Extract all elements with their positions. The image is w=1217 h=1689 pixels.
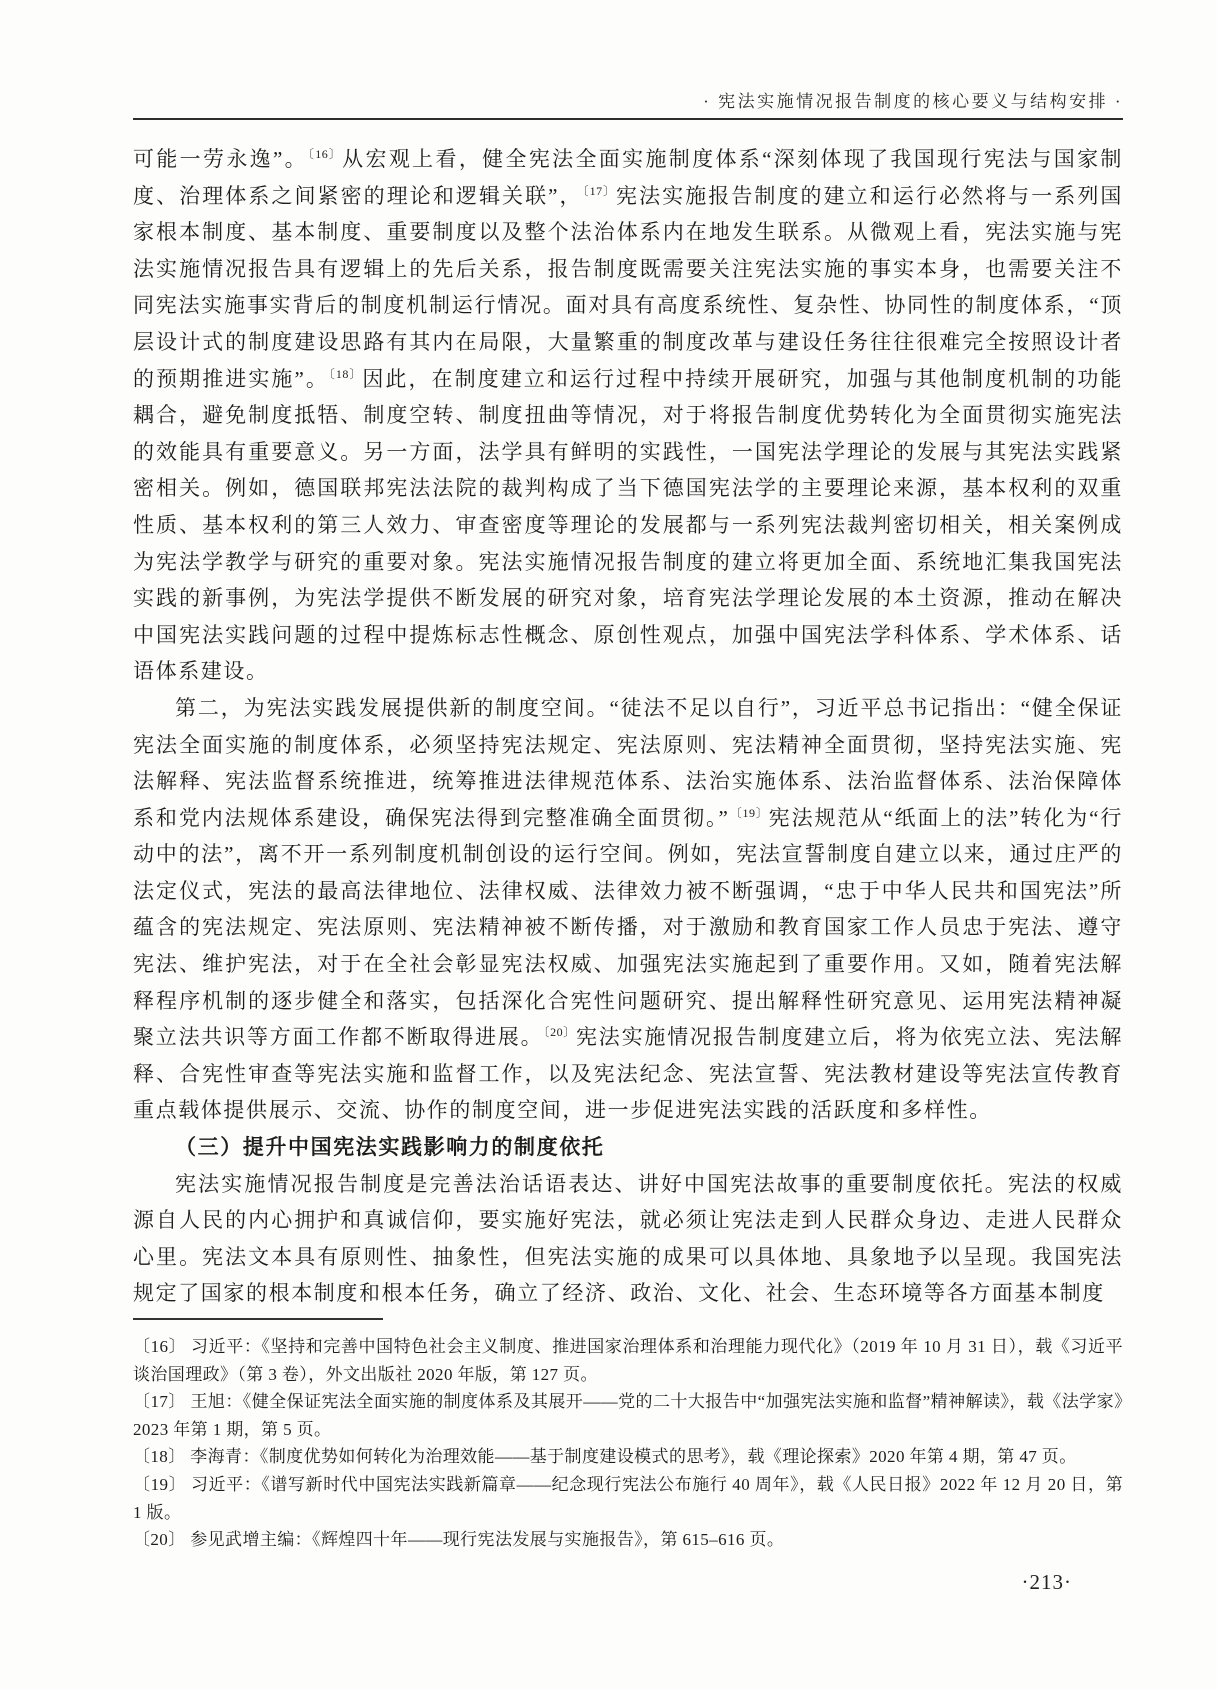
footnote-separator xyxy=(133,1318,383,1320)
journal-page: · 宪法实施情况报告制度的核心要义与结构安排 · 可能一劳永逸”。〔16〕从宏观… xyxy=(0,0,1217,1689)
paragraph: 第二，为宪法实践发展提供新的制度空间。“徒法不足以自行”，习近平总书记指出：“健… xyxy=(133,690,1123,1129)
footnote-item: 〔18〕 李海青：《制度优势如何转化为治理效能——基于制度建设模式的思考》，载《… xyxy=(133,1443,1123,1471)
footnote-item: 〔17〕 王旭：《健全保证宪法全面实施的制度体系及其展开——党的二十大报告中“加… xyxy=(133,1388,1123,1443)
footnote-text: 习近平：《坚持和完善中国特色社会主义制度、推进国家治理体系和治理能力现代化》（2… xyxy=(133,1337,1123,1384)
footnote-label: 〔17〕 xyxy=(133,1392,186,1411)
footnotes-block: 〔16〕 习近平：《坚持和完善中国特色社会主义制度、推进国家治理体系和治理能力现… xyxy=(133,1333,1123,1554)
header-rule xyxy=(133,118,1123,120)
footnote-text: 王旭：《健全保证宪法全面实施的制度体系及其展开——党的二十大报告中“加强宪法实施… xyxy=(133,1392,1123,1439)
footnote-item: 〔20〕 参见武增主编：《辉煌四十年——现行宪法发展与实施报告》，第 615–6… xyxy=(133,1526,1123,1554)
footnote-ref: 〔20〕 xyxy=(543,1025,576,1039)
section-heading: （三）提升中国宪法实践影响力的制度依托 xyxy=(133,1129,1123,1166)
article-body: 可能一劳永逸”。〔16〕从宏观上看，健全宪法全面实施制度体系“深刻体现了我国现行… xyxy=(133,141,1123,1312)
footnote-text: 参见武增主编：《辉煌四十年——现行宪法发展与实施报告》，第 615–616 页。 xyxy=(186,1530,785,1549)
paragraph: 可能一劳永逸”。〔16〕从宏观上看，健全宪法全面实施制度体系“深刻体现了我国现行… xyxy=(133,141,1123,690)
footnote-item: 〔19〕 习近平：《谱写新时代中国宪法实践新篇章——纪念现行宪法公布施行 40 … xyxy=(133,1471,1123,1526)
footnote-item: 〔16〕 习近平：《坚持和完善中国特色社会主义制度、推进国家治理体系和治理能力现… xyxy=(133,1333,1123,1388)
footnote-label: 〔19〕 xyxy=(133,1475,186,1494)
footnote-ref: 〔17〕 xyxy=(583,184,616,198)
footnote-ref: 〔16〕 xyxy=(308,147,342,161)
footnote-label: 〔20〕 xyxy=(133,1530,186,1549)
footnote-label: 〔18〕 xyxy=(133,1447,186,1466)
footnote-text: 李海青：《制度优势如何转化为治理效能——基于制度建设模式的思考》，载《理论探索》… xyxy=(186,1447,1077,1466)
footnote-ref: 〔18〕 xyxy=(329,367,362,381)
page-number: ·213· xyxy=(1022,1570,1073,1595)
running-head-title: · 宪法实施情况报告制度的核心要义与结构安排 · xyxy=(133,87,1123,112)
footnote-label: 〔16〕 xyxy=(133,1337,186,1356)
footnote-text: 习近平：《谱写新时代中国宪法实践新篇章——纪念现行宪法公布施行 40 周年》，载… xyxy=(133,1475,1123,1522)
paragraph: 宪法实施情况报告制度是完善法治话语表达、讲好中国宪法故事的重要制度依托。宪法的权… xyxy=(133,1166,1123,1312)
footnote-ref: 〔19〕 xyxy=(729,806,768,820)
